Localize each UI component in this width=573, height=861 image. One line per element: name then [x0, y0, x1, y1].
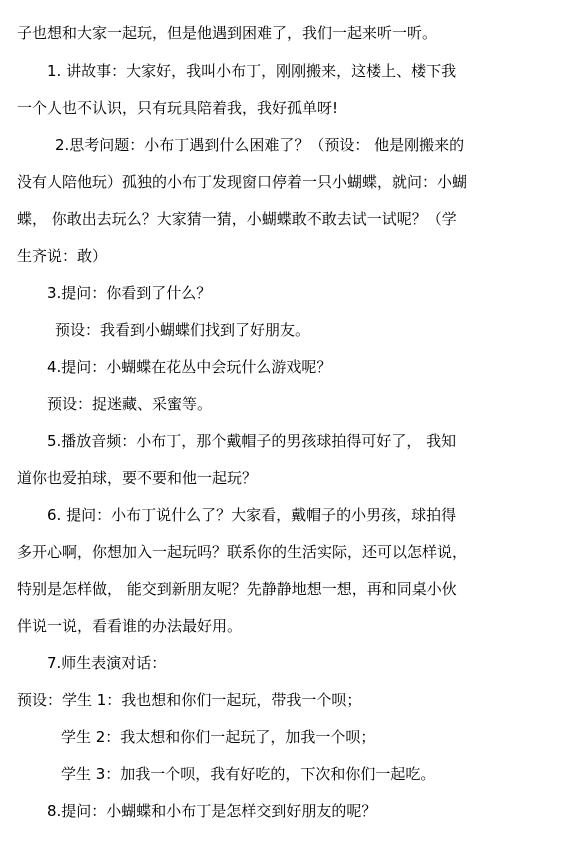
text-line: 3.提问：你看到了什么？	[47, 283, 211, 303]
text-line: 1. 讲故事：大家好，我叫小布丁，刚刚搬来，这楼上、楼下我	[47, 61, 456, 81]
text-line: 子也想和大家一起玩，但是他遇到困难了，我们一起来听一听。	[17, 23, 437, 43]
text-line: 伴说一说，看看谁的办法最好用。	[17, 616, 242, 636]
text-line: 学生 3：加我一个呗，我有好吃的，下次和你们一起吃。	[61, 764, 435, 784]
text-line: 5.播放音频：小布丁，那个戴帽子的男孩球拍得可好了， 我知	[47, 431, 456, 451]
text-line: 生齐说：敢）	[17, 246, 107, 266]
text-line: 7.师生表演对话：	[47, 653, 166, 673]
text-line: 4.提问：小蝴蝶在花丛中会玩什么游戏呢？	[47, 357, 331, 377]
text-line: 特别是怎样做， 能交到新朋友呢？先静静地想一想，再和同桌小伙	[17, 579, 457, 599]
text-line: 道你也爱拍球，要不要和他一起玩？	[17, 468, 257, 488]
text-line: 预设：学生 1：我也想和你们一起玩，带我一个呗；	[17, 690, 361, 710]
text-line: 没有人陪他玩）孤独的小布丁发现窗口停着一只小蝴蝶，就问：小蝴	[17, 172, 467, 192]
text-line: 蝶， 你敢出去玩么？大家猜一猜，小蝴蝶敢不敢去试一试呢？（学	[17, 209, 457, 229]
text-line: 一个人也不认识，只有玩具陪着我，我好孤单呀!	[17, 98, 338, 118]
text-line: 6. 提问：小布丁说什么了？大家看，戴帽子的小男孩，球拍得	[47, 505, 456, 525]
text-line: 学生 2：我太想和你们一起玩了，加我一个呗；	[61, 727, 375, 747]
text-line: 预设：捉迷藏、采蜜等。	[47, 394, 212, 414]
text-line: 2.思考问题：小布丁遇到什么困难了？（预设： 他是刚搬来的	[55, 135, 464, 155]
text-line: 多开心啊，你想加入一起玩吗？联系你的生活实际，还可以怎样说，	[17, 542, 467, 562]
text-line: 预设：我看到小蝴蝶们找到了好朋友。	[55, 320, 310, 340]
text-line: 8.提问：小蝴蝶和小布丁是怎样交到好朋友的呢？	[47, 801, 376, 821]
